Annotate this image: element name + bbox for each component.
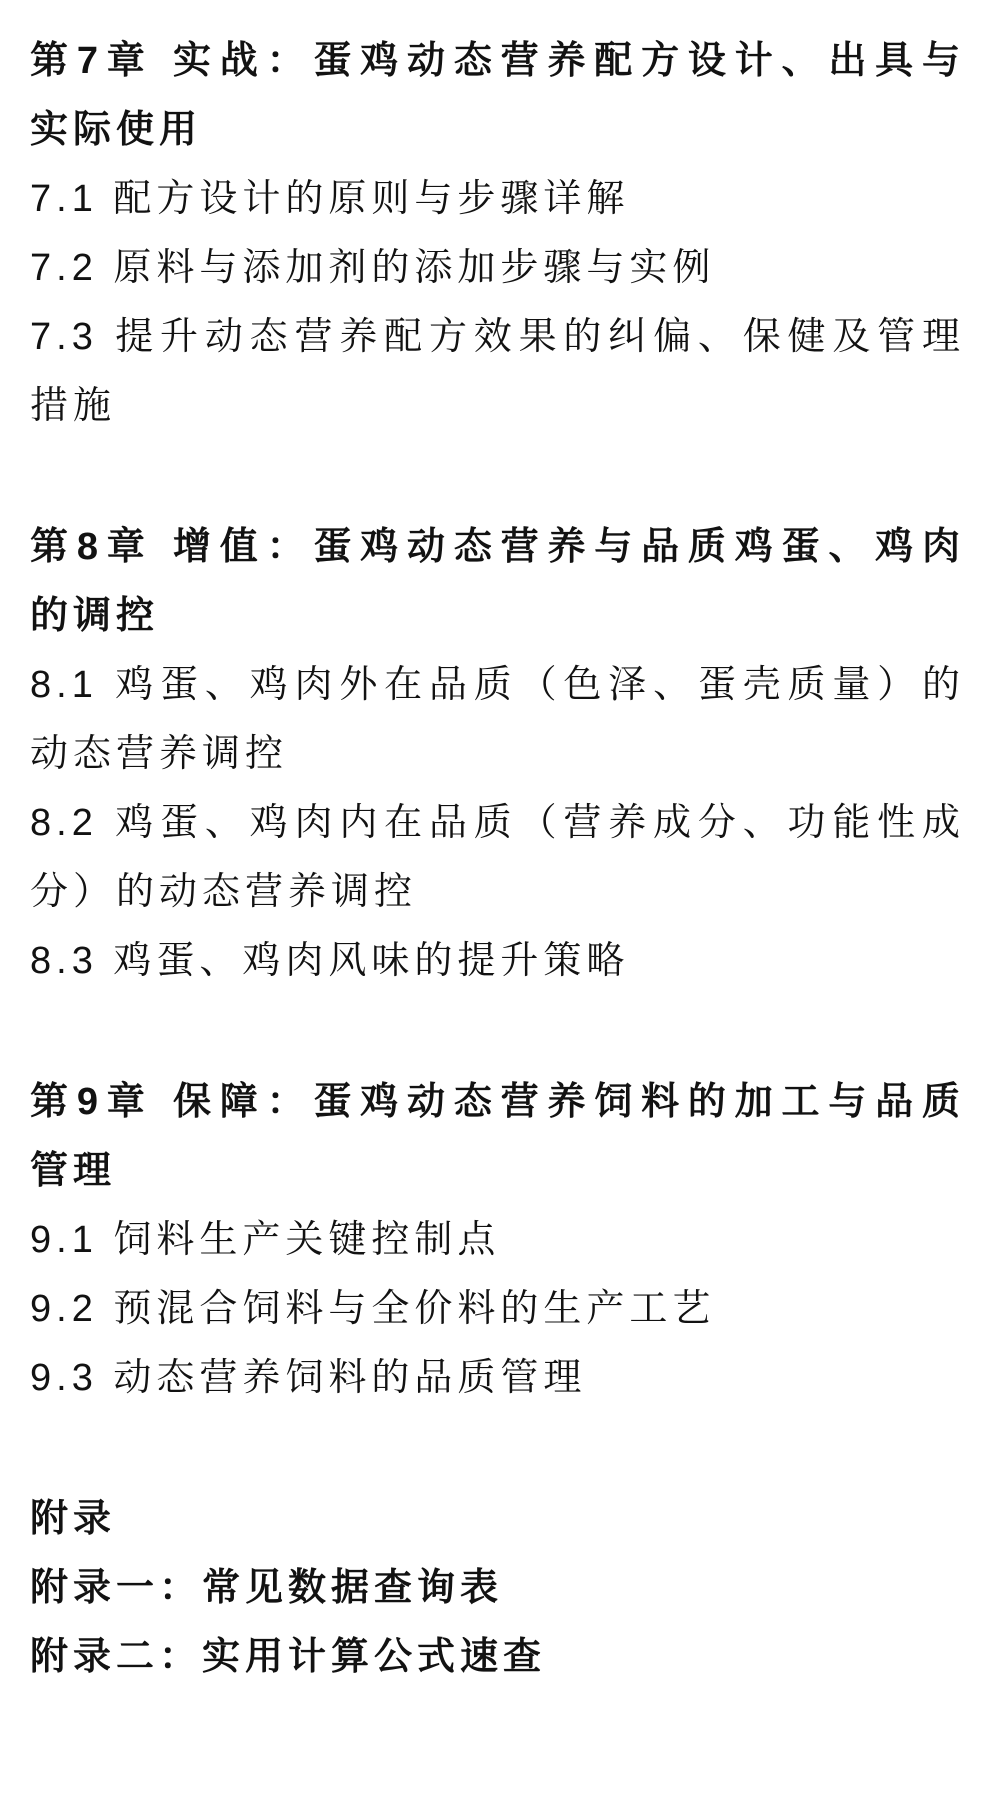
toc-entry-line: 8.2 鸡蛋、鸡肉内在品质（营养成分、功能性成 xyxy=(30,789,965,858)
toc-entry-7-3: 7.3 提升动态营养配方效果的纠偏、保健及管理 措施 xyxy=(30,303,965,441)
chapter-7-heading: 第7章 实战：蛋鸡动态营养配方设计、出具与 实际使用 xyxy=(30,27,965,165)
toc-entry-line: 9.2 预混合饲料与全价料的生产工艺 xyxy=(30,1275,965,1344)
chapter-7-heading-line-2: 实际使用 xyxy=(30,96,965,165)
toc-entry-9-3: 9.3 动态营养饲料的品质管理 xyxy=(30,1344,965,1413)
toc-entry-7-2: 7.2 原料与添加剂的添加步骤与实例 xyxy=(30,234,965,303)
toc-entry-line: 附录二：实用计算公式速查 xyxy=(30,1623,965,1692)
toc-entry-9-1: 9.1 饲料生产关键控制点 xyxy=(30,1206,965,1275)
toc-page: 第7章 实战：蛋鸡动态营养配方设计、出具与 实际使用 7.1 配方设计的原则与步… xyxy=(0,0,1000,1692)
toc-entry-line: 9.1 饲料生产关键控制点 xyxy=(30,1206,965,1275)
toc-entry-line: 附录一：常见数据查询表 xyxy=(30,1554,965,1623)
chapter-9-heading: 第9章 保障：蛋鸡动态营养饲料的加工与品质 管理 xyxy=(30,1068,965,1206)
toc-entry-9-2: 9.2 预混合饲料与全价料的生产工艺 xyxy=(30,1275,965,1344)
toc-entry-line: 7.1 配方设计的原则与步骤详解 xyxy=(30,165,965,234)
toc-entry-line: 动态营养调控 xyxy=(30,720,965,789)
chapter-9-heading-line-2: 管理 xyxy=(30,1137,965,1206)
toc-entry-appendix-2: 附录二：实用计算公式速查 xyxy=(30,1623,965,1692)
toc-entry-appendix-1: 附录一：常见数据查询表 xyxy=(30,1554,965,1623)
section-chapter-9: 第9章 保障：蛋鸡动态营养饲料的加工与品质 管理 9.1 饲料生产关键控制点 9… xyxy=(30,1068,965,1413)
section-chapter-8: 第8章 增值：蛋鸡动态营养与品质鸡蛋、鸡肉 的调控 8.1 鸡蛋、鸡肉外在品质（… xyxy=(30,513,965,996)
toc-entry-7-1: 7.1 配方设计的原则与步骤详解 xyxy=(30,165,965,234)
toc-entry-line: 7.3 提升动态营养配方效果的纠偏、保健及管理 xyxy=(30,303,965,372)
toc-entry-line: 8.3 鸡蛋、鸡肉风味的提升策略 xyxy=(30,927,965,996)
toc-entry-line: 措施 xyxy=(30,372,965,441)
section-chapter-7: 第7章 实战：蛋鸡动态营养配方设计、出具与 实际使用 7.1 配方设计的原则与步… xyxy=(30,27,965,441)
toc-entry-line: 分）的动态营养调控 xyxy=(30,858,965,927)
toc-entry-line: 7.2 原料与添加剂的添加步骤与实例 xyxy=(30,234,965,303)
toc-entry-8-3: 8.3 鸡蛋、鸡肉风味的提升策略 xyxy=(30,927,965,996)
chapter-8-heading: 第8章 增值：蛋鸡动态营养与品质鸡蛋、鸡肉 的调控 xyxy=(30,513,965,651)
section-appendix: 附录 附录一：常见数据查询表 附录二：实用计算公式速查 xyxy=(30,1485,965,1692)
chapter-8-heading-line-2: 的调控 xyxy=(30,582,965,651)
chapter-9-heading-line-1: 第9章 保障：蛋鸡动态营养饲料的加工与品质 xyxy=(30,1068,965,1137)
toc-entry-8-1: 8.1 鸡蛋、鸡肉外在品质（色泽、蛋壳质量）的 动态营养调控 xyxy=(30,651,965,789)
toc-entry-line: 9.3 动态营养饲料的品质管理 xyxy=(30,1344,965,1413)
chapter-8-heading-line-1: 第8章 增值：蛋鸡动态营养与品质鸡蛋、鸡肉 xyxy=(30,513,965,582)
appendix-heading: 附录 xyxy=(30,1485,965,1554)
toc-entry-line: 8.1 鸡蛋、鸡肉外在品质（色泽、蛋壳质量）的 xyxy=(30,651,965,720)
chapter-7-heading-line-1: 第7章 实战：蛋鸡动态营养配方设计、出具与 xyxy=(30,27,965,96)
toc-entry-8-2: 8.2 鸡蛋、鸡肉内在品质（营养成分、功能性成 分）的动态营养调控 xyxy=(30,789,965,927)
appendix-heading-line: 附录 xyxy=(30,1485,965,1554)
